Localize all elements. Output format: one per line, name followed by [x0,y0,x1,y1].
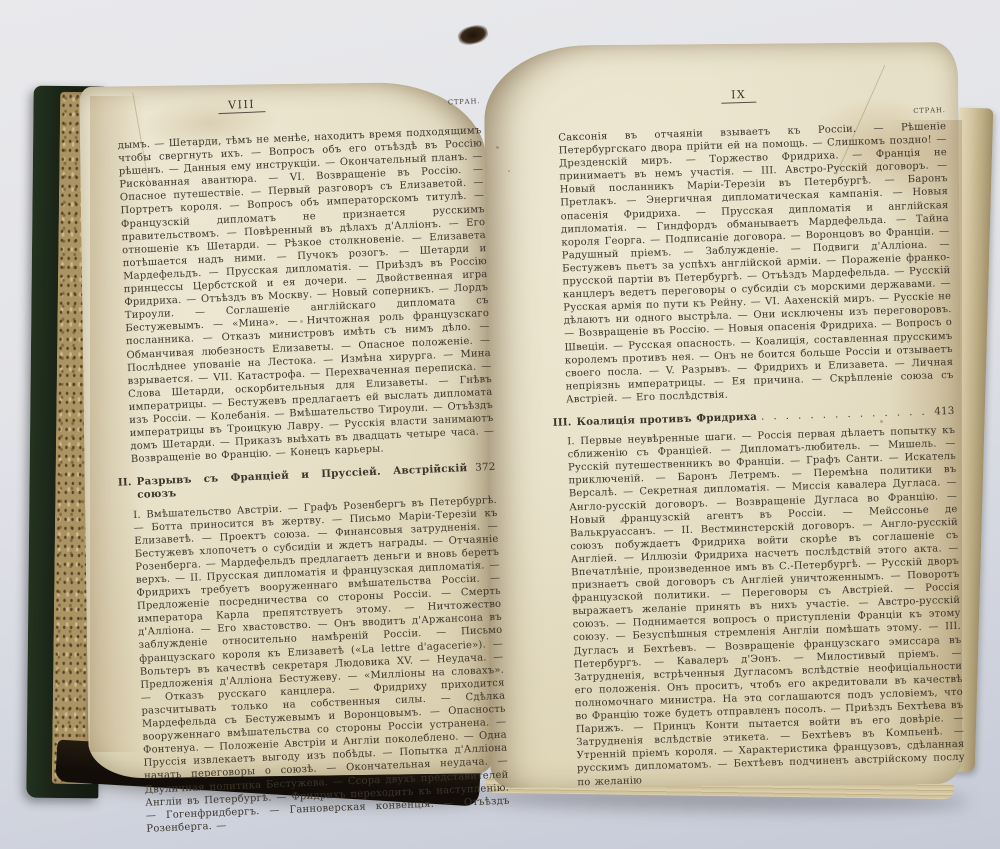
toc-chapter-body: I. Вмѣшательство Австріи. — Графъ Розенб… [133,493,510,835]
chapter-numeral: III. [553,416,572,430]
toc-chapter-body: I. Первые неувѣренные шаги. — Россія пер… [567,424,965,789]
photo-background: VIII СТРАН. дымъ. — Шетарди, тѣмъ не мен… [0,0,1000,849]
chapter-numeral: II. [118,476,132,490]
left-page-folio-number: VIII [218,97,266,114]
chapter-title: Коалиція противъ Фридриха [576,411,757,429]
left-page-text-column: VIII СТРАН. дымъ. — Шетарди, тѣмъ не мен… [102,88,510,836]
leader-dots: . . . . . . . . . . . . . . . . [761,406,931,424]
right-page-text-column: IX СТРАН. Саксонія въ отчаяніи взываетъ … [543,82,965,789]
toc-continuation-paragraph: Саксонія въ отчаяніи взываетъ къ Россіи.… [558,120,954,406]
binding-gutter-dark-spot [456,23,489,48]
chapter-page-number: 372 [475,461,496,475]
leader-dots: . . . . . . [471,462,472,475]
right-page-folio-number: IX [721,88,757,104]
right-page-stran-label: СТРАН. [913,104,946,118]
left-page-stran-label: СТРАН. [448,95,481,109]
toc-continuation-paragraph: дымъ. — Шетарди, тѣмъ не менѣе, находитъ… [117,124,494,466]
chapter-page-number: 413 [934,405,955,419]
